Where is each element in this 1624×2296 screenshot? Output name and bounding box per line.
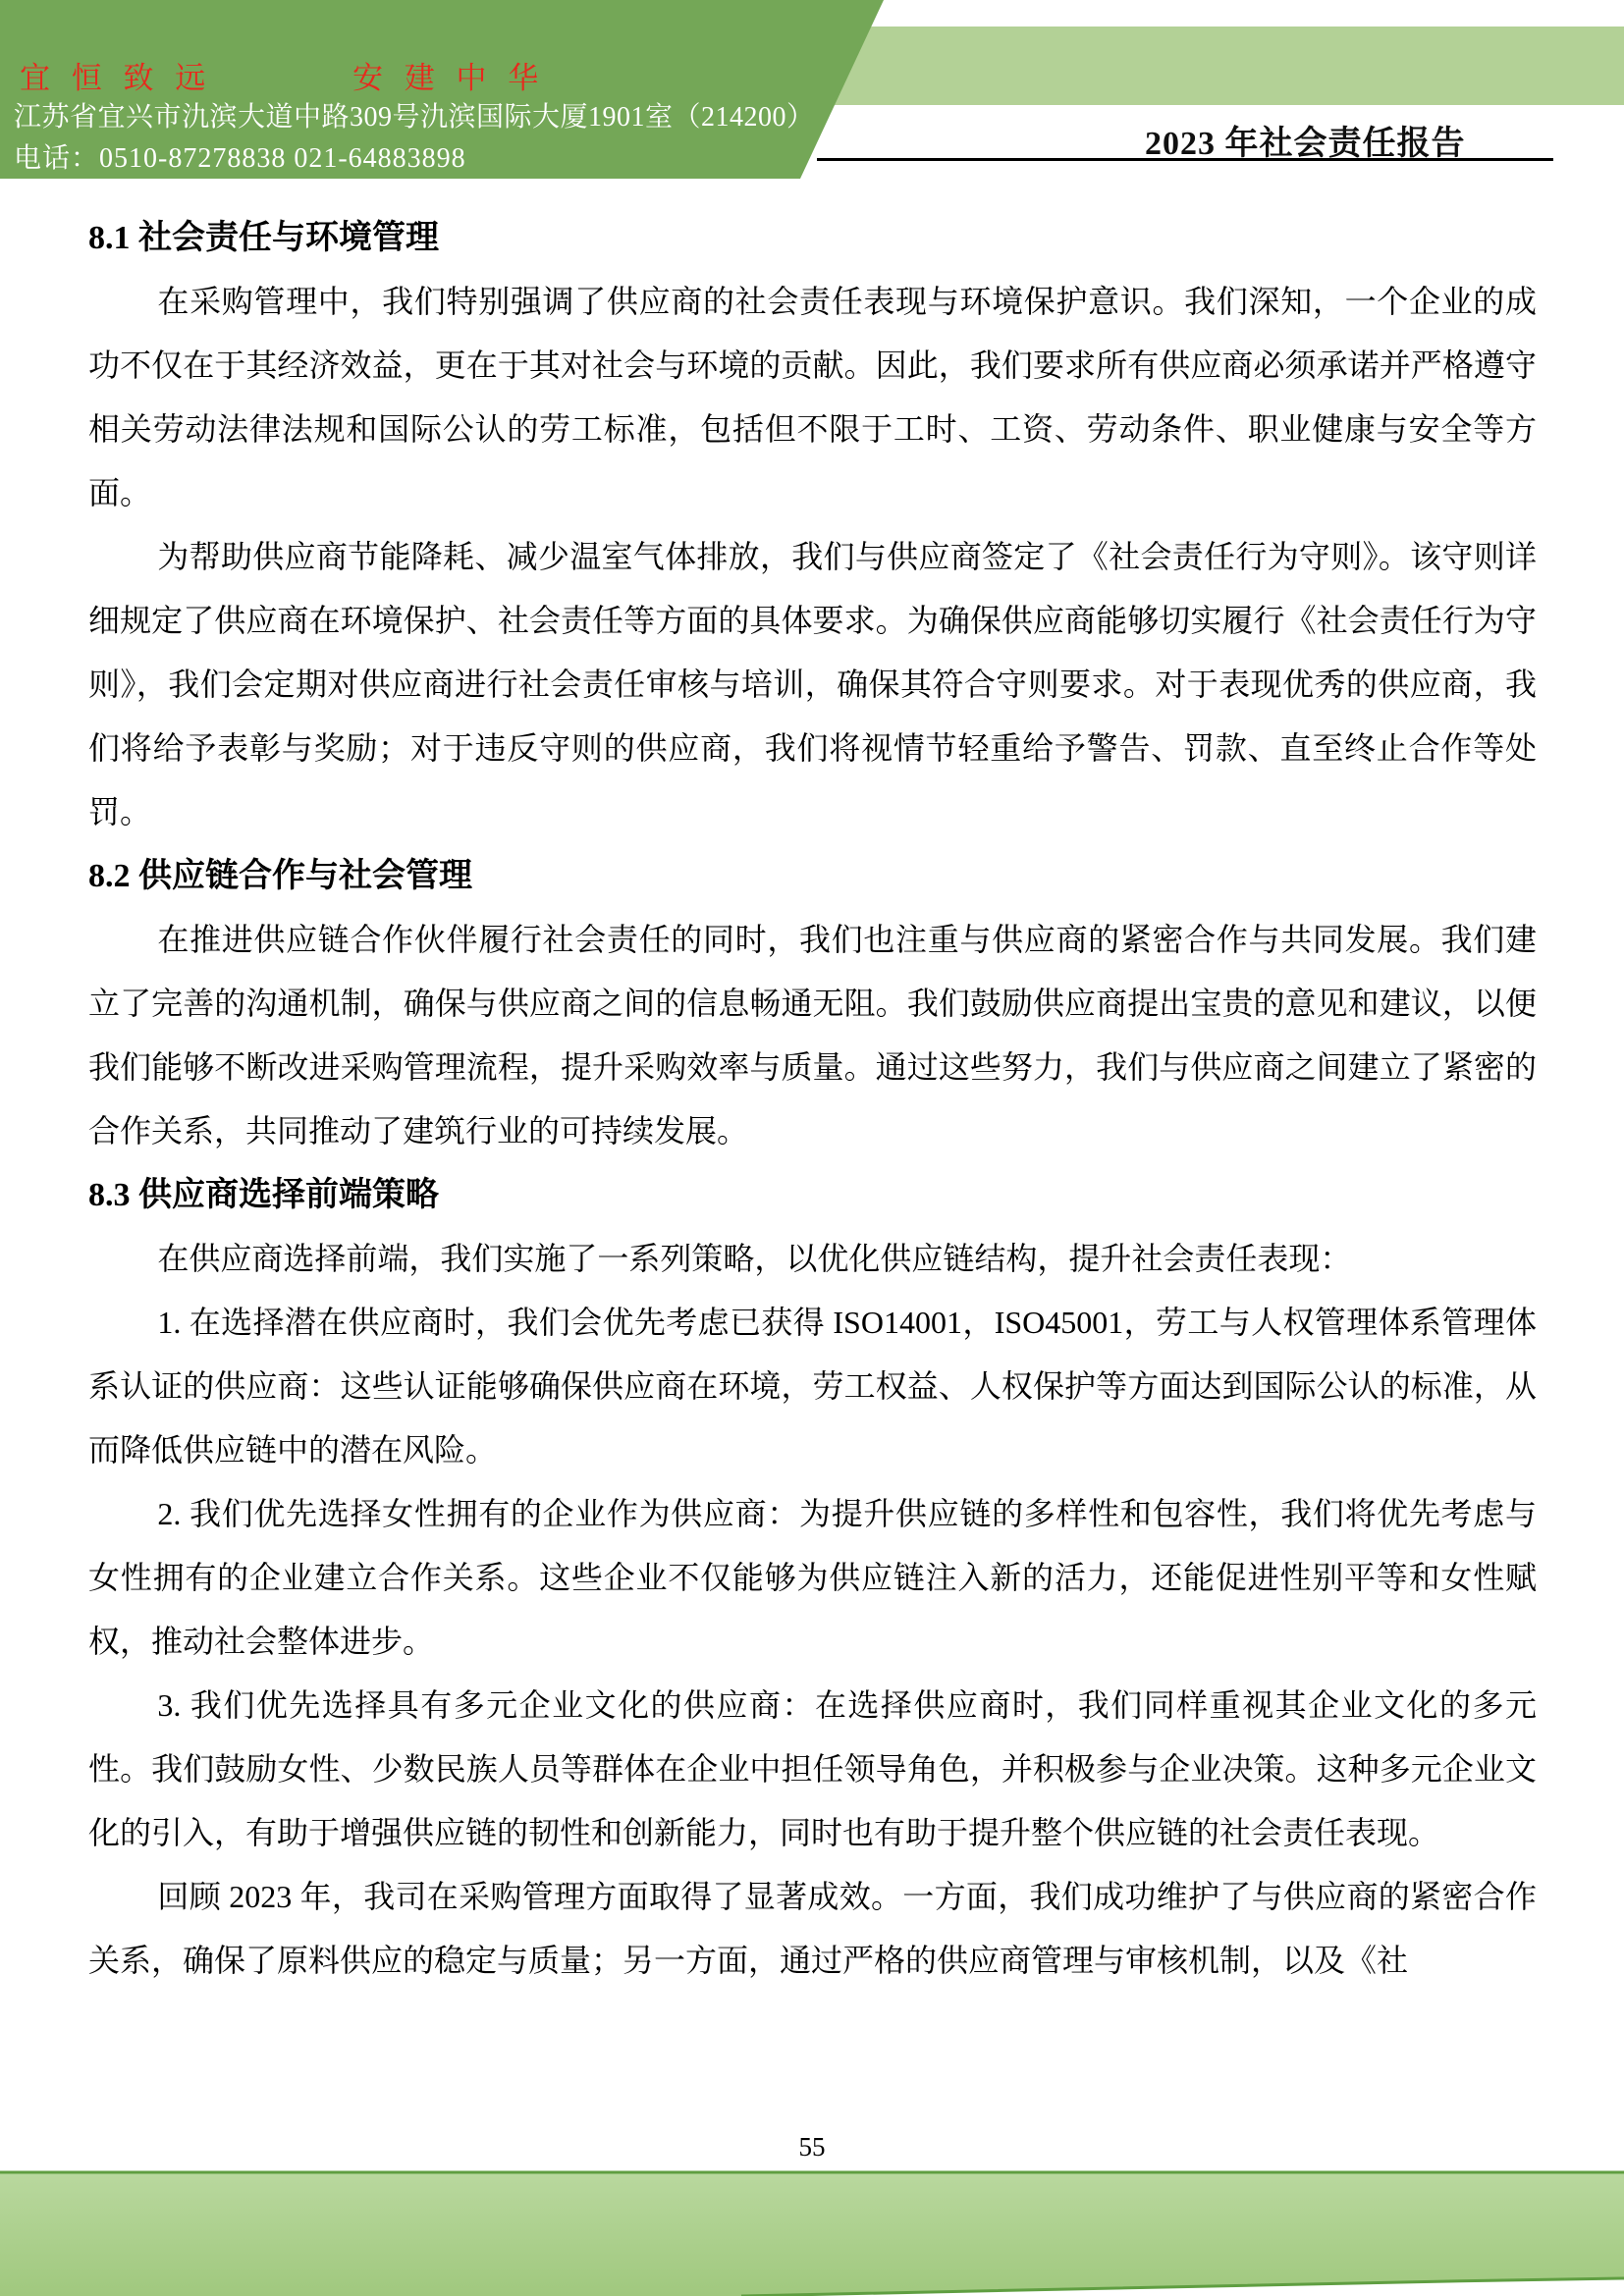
company-phone: 电话：0510-87278838 021-64883898 — [14, 136, 466, 176]
company-slogan: 宜 恒 致 远 安 建 中 华 — [20, 53, 545, 97]
paragraph-summary: 回顾 2023 年，我司在采购管理方面取得了显著成效。一方面，我们成功维护了与供… — [88, 1865, 1537, 1993]
paragraph-list-item-1: 1. 在选择潜在供应商时，我们会优先考虑已获得 ISO14001，ISO4500… — [88, 1291, 1537, 1482]
page-number: 55 — [0, 2132, 1624, 2163]
company-address: 江苏省宜兴市氿滨大道中路309号氿滨国际大厦1901室（214200） — [14, 95, 815, 134]
paragraph: 在供应商选择前端，我们实施了一系列策略，以优化供应链结构，提升社会责任表现： — [88, 1227, 1537, 1291]
paragraph-list-item-2: 2. 我们优先选择女性拥有的企业作为供应商：为提升供应链的多样性和包容性，我们将… — [88, 1482, 1537, 1674]
footer-wave — [0, 2169, 1624, 2296]
slogan-right: 安 建 中 华 — [352, 61, 545, 95]
slogan-left: 宜 恒 致 远 — [20, 61, 212, 95]
header-rule — [817, 158, 1553, 161]
report-title: 2023 年社会责任报告 — [1145, 116, 1466, 164]
section-heading-8-2: 8.2 供应链合作与社会管理 — [88, 844, 1537, 908]
paragraph: 在推进供应链合作伙伴履行社会责任的同时，我们也注重与供应商的紧密合作与共同发展。… — [88, 908, 1537, 1163]
paragraph: 在采购管理中，我们特别强调了供应商的社会责任表现与环境保护意识。我们深知，一个企… — [88, 270, 1537, 525]
section-heading-8-3: 8.3 供应商选择前端策略 — [88, 1163, 1537, 1227]
paragraph-list-item-3: 3. 我们优先选择具有多元企业文化的供应商：在选择供应商时，我们同样重视其企业文… — [88, 1674, 1537, 1865]
report-page: 宜 恒 致 远 安 建 中 华 江苏省宜兴市氿滨大道中路309号氿滨国际大厦19… — [0, 0, 1624, 2296]
paragraph: 为帮助供应商节能降耗、减少温室气体排放，我们与供应商签定了《社会责任行为守则》。… — [88, 525, 1537, 844]
section-heading-8-1: 8.1 社会责任与环境管理 — [88, 206, 1537, 270]
document-body: 8.1 社会责任与环境管理 在采购管理中，我们特别强调了供应商的社会责任表现与环… — [88, 206, 1537, 1993]
